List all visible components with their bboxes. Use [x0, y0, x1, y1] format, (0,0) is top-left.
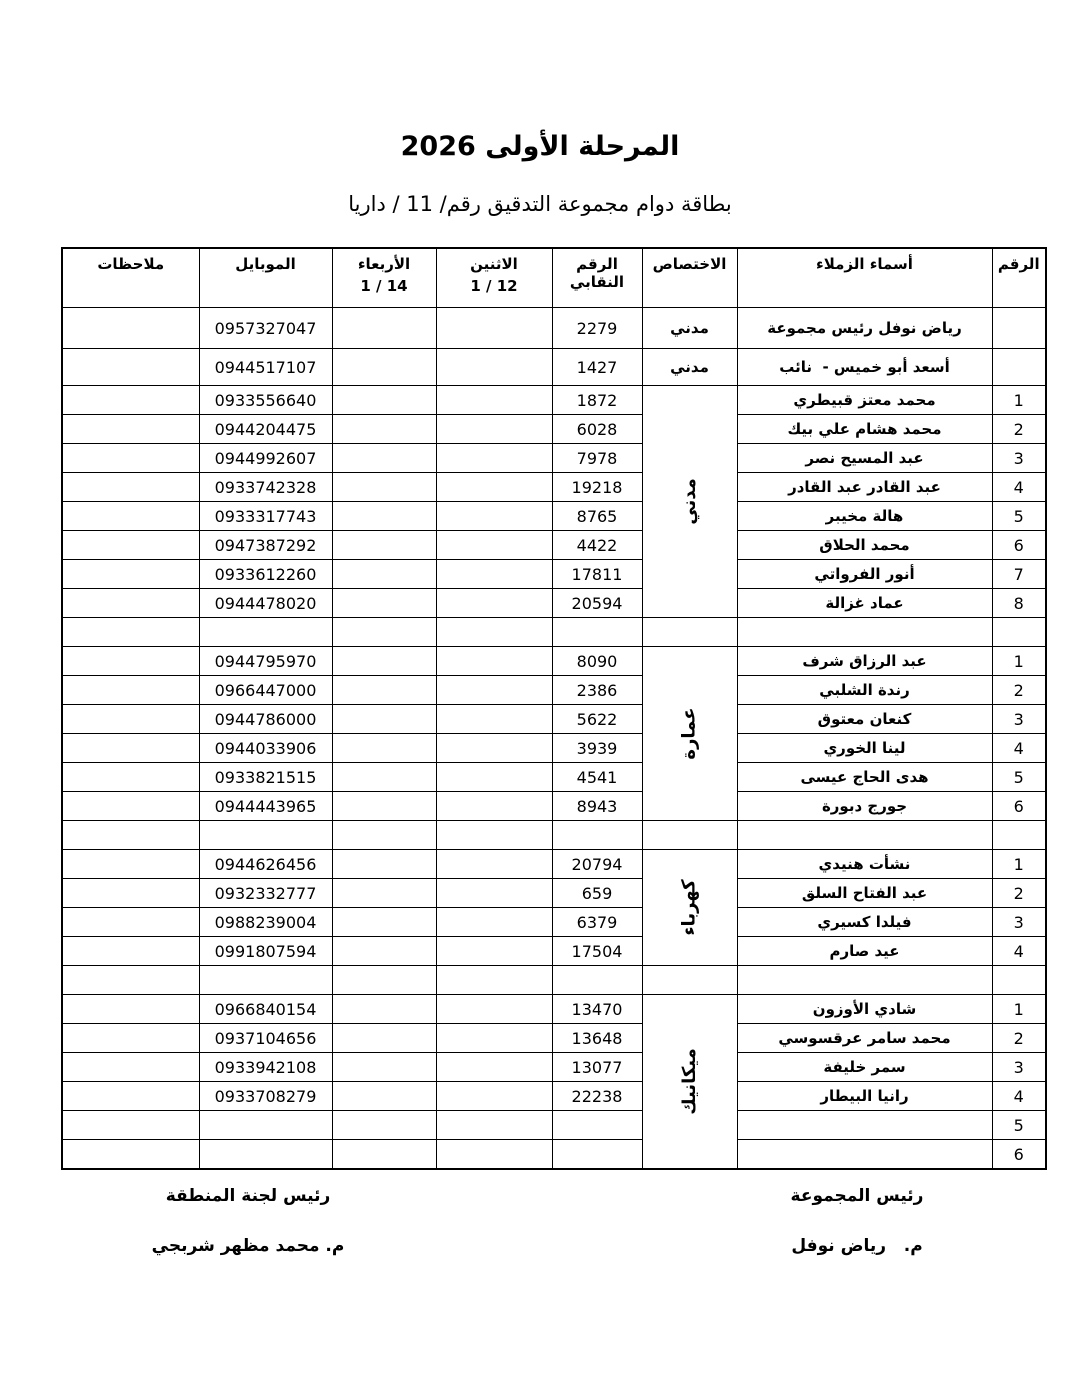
cell-union-no: 13077: [552, 1053, 642, 1082]
cell-union-no: 19218: [552, 473, 642, 502]
cell-num: 4: [992, 937, 1046, 966]
specialty-vertical-label: مدني: [679, 478, 700, 525]
cell-empty: [332, 821, 436, 850]
cell-empty: [199, 618, 332, 647]
cell-wednesday-attendance: [332, 676, 436, 705]
cell-wednesday-attendance: [332, 1082, 436, 1111]
cell-num: 2: [992, 676, 1046, 705]
cell-monday-attendance: [436, 734, 552, 763]
document-page: { "page": { "title": "المرحلة الأولى 202…: [0, 0, 1080, 1392]
table-row: 6 جورج دبورة 8943 0944443965: [62, 792, 1046, 821]
cell-num: 3: [992, 1053, 1046, 1082]
cell-empty: [436, 618, 552, 647]
table-separator-row: [62, 966, 1046, 995]
cell-specialty-civil: مدني: [642, 386, 737, 618]
cell-num: 4: [992, 473, 1046, 502]
cell-notes: [62, 734, 199, 763]
header-monday: الاثنين1 / 12: [436, 248, 552, 308]
cell-mobile: 0944795970: [199, 647, 332, 676]
cell-specialty-mechanics: ميكانيك: [642, 995, 737, 1170]
table-row: 7 أنور الفرواتي 17811 0933612260: [62, 560, 1046, 589]
cell-name: لينا الخوري: [737, 734, 992, 763]
cell-empty: [62, 821, 199, 850]
cell-notes: [62, 531, 199, 560]
cell-num: 6: [992, 531, 1046, 560]
cell-notes: [62, 415, 199, 444]
cell-wednesday-attendance: [332, 879, 436, 908]
cell-monday-attendance: [436, 647, 552, 676]
cell-union-no: 2279: [552, 308, 642, 349]
cell-monday-attendance: [436, 995, 552, 1024]
cell-monday-attendance: [436, 1111, 552, 1140]
cell-mobile: 0933742328: [199, 473, 332, 502]
cell-empty: [552, 821, 642, 850]
cell-monday-attendance: [436, 937, 552, 966]
cell-name: محمد سامر عرقسوسي: [737, 1024, 992, 1053]
table-row: 5 هدى الحاج عيسى 4541 0933821515: [62, 763, 1046, 792]
cell-empty: [552, 966, 642, 995]
cell-union-no: 13648: [552, 1024, 642, 1053]
header-notes: ملاحظات: [62, 248, 199, 308]
cell-union-no: 5622: [552, 705, 642, 734]
table-row: 4 عبد القادر عبد القادر 19218 0933742328: [62, 473, 1046, 502]
header-names: أسماء الزملاء: [737, 248, 992, 308]
cell-name: عبد المسيح نصر: [737, 444, 992, 473]
cell-empty: [737, 618, 992, 647]
cell-mobile: 0966447000: [199, 676, 332, 705]
table-row: 2 رندة الشلبي 2386 0966447000: [62, 676, 1046, 705]
cell-union-no: 8765: [552, 502, 642, 531]
header-wednesday-label: الأربعاء: [358, 255, 410, 273]
cell-wednesday-attendance: [332, 560, 436, 589]
cell-monday-attendance: [436, 1082, 552, 1111]
cell-empty: [552, 618, 642, 647]
cell-wednesday-attendance: [332, 386, 436, 415]
header-monday-label: الاثنين: [470, 255, 518, 273]
cell-notes: [62, 1053, 199, 1082]
cell-mobile: 0933942108: [199, 1053, 332, 1082]
table-row: 1 شادي الأوزون ميكانيك 13470 0966840154: [62, 995, 1046, 1024]
cell-num: 5: [992, 502, 1046, 531]
cell-notes: [62, 473, 199, 502]
cell-mobile: 0937104656: [199, 1024, 332, 1053]
cell-name: جورج دبورة: [737, 792, 992, 821]
cell-name: كنعان معتوق: [737, 705, 992, 734]
table-row: 4 لينا الخوري 3939 0944033906: [62, 734, 1046, 763]
cell-name: رانيا البيطار: [737, 1082, 992, 1111]
cell-union-no: 20794: [552, 850, 642, 879]
cell-name: أسعد أبو خميس - نائب: [737, 349, 992, 386]
cell-mobile: 0933317743: [199, 502, 332, 531]
cell-union-no: 17811: [552, 560, 642, 589]
cell-wednesday-attendance: [332, 1140, 436, 1170]
cell-wednesday-attendance: [332, 308, 436, 349]
cell-name: عيد صارم: [737, 937, 992, 966]
cell-mobile: 0933556640: [199, 386, 332, 415]
cell-notes: [62, 589, 199, 618]
signature-group-head-name: م. رياض نوفل: [757, 1236, 957, 1256]
table-row: 2 محمد سامر عرقسوسي 13648 0937104656: [62, 1024, 1046, 1053]
signature-group-head: رئيس المجموعة م. رياض نوفل: [757, 1186, 957, 1256]
cell-union-no: [552, 1111, 642, 1140]
header-wednesday: الأربعاء1 / 14: [332, 248, 436, 308]
cell-notes: [62, 386, 199, 415]
cell-wednesday-attendance: [332, 349, 436, 386]
cell-union-no: 22238: [552, 1082, 642, 1111]
table-row: 1 نشأت هنيدي كهرباء 20794 0944626456: [62, 850, 1046, 879]
cell-num: 8: [992, 589, 1046, 618]
cell-monday-attendance: [436, 792, 552, 821]
cell-union-no: 659: [552, 879, 642, 908]
cell-num: 2: [992, 879, 1046, 908]
cell-empty: [199, 966, 332, 995]
cell-empty: [62, 966, 199, 995]
cell-empty: [992, 821, 1046, 850]
cell-wednesday-attendance: [332, 792, 436, 821]
cell-notes: [62, 1024, 199, 1053]
cell-name: سمر خليفة: [737, 1053, 992, 1082]
cell-union-no: 7978: [552, 444, 642, 473]
cell-monday-attendance: [436, 473, 552, 502]
cell-notes: [62, 1082, 199, 1111]
cell-notes: [62, 676, 199, 705]
cell-empty: [332, 966, 436, 995]
cell-name: رندة الشلبي: [737, 676, 992, 705]
cell-num: 1: [992, 850, 1046, 879]
specialty-vertical-label: ميكانيك: [679, 1048, 700, 1115]
table-separator-row: [62, 618, 1046, 647]
cell-wednesday-attendance: [332, 1024, 436, 1053]
cell-monday-attendance: [436, 1140, 552, 1170]
cell-mobile: 0933708279: [199, 1082, 332, 1111]
table-row-leader: أسعد أبو خميس - نائب مدني 1427 094451710…: [62, 349, 1046, 386]
cell-union-no: 3939: [552, 734, 642, 763]
cell-wednesday-attendance: [332, 908, 436, 937]
cell-monday-attendance: [436, 531, 552, 560]
header-union-no: الرقم النقابي: [552, 248, 642, 308]
cell-mobile: 0944443965: [199, 792, 332, 821]
cell-specialty-electricity: كهرباء: [642, 850, 737, 966]
cell-monday-attendance: [436, 879, 552, 908]
cell-num: 2: [992, 1024, 1046, 1053]
table-row: 5 هالة مخيبر 8765 0933317743: [62, 502, 1046, 531]
cell-empty: [642, 618, 737, 647]
cell-name: [737, 1111, 992, 1140]
cell-wednesday-attendance: [332, 850, 436, 879]
cell-num: 1: [992, 647, 1046, 676]
cell-num: 7: [992, 560, 1046, 589]
cell-name: فيلدا كسيري: [737, 908, 992, 937]
cell-notes: [62, 850, 199, 879]
cell-specialty: مدني: [642, 308, 737, 349]
cell-wednesday-attendance: [332, 647, 436, 676]
cell-mobile: [199, 1140, 332, 1170]
cell-wednesday-attendance: [332, 705, 436, 734]
cell-name: نشأت هنيدي: [737, 850, 992, 879]
cell-mobile: 0947387292: [199, 531, 332, 560]
cell-num: 3: [992, 908, 1046, 937]
table-row: 1 محمد معتز قبيطري مدني 1872 0933556640: [62, 386, 1046, 415]
cell-monday-attendance: [436, 415, 552, 444]
table-row: 6 محمد الحلاق 4422 0947387292: [62, 531, 1046, 560]
cell-monday-attendance: [436, 705, 552, 734]
cell-name: رياض نوفل رئيس مجموعة: [737, 308, 992, 349]
table-row: 4 عيد صارم 17504 0991807594: [62, 937, 1046, 966]
cell-monday-attendance: [436, 502, 552, 531]
cell-empty: [199, 821, 332, 850]
cell-union-no: 8090: [552, 647, 642, 676]
cell-notes: [62, 792, 199, 821]
cell-empty: [436, 966, 552, 995]
cell-wednesday-attendance: [332, 502, 436, 531]
cell-union-no: 4541: [552, 763, 642, 792]
table-row: 3 كنعان معتوق 5622 0944786000: [62, 705, 1046, 734]
cell-num: 3: [992, 444, 1046, 473]
table-header-row: الرقم أسماء الزملاء الاختصاص الرقم النقا…: [62, 248, 1046, 308]
cell-name: [737, 1140, 992, 1170]
cell-empty: [62, 618, 199, 647]
cell-notes: [62, 879, 199, 908]
cell-name: أنور الفرواتي: [737, 560, 992, 589]
table-row: 3 فيلدا كسيري 6379 0988239004: [62, 908, 1046, 937]
cell-num: 5: [992, 1111, 1046, 1140]
cell-notes: [62, 444, 199, 473]
cell-num: 6: [992, 792, 1046, 821]
cell-num: 2: [992, 415, 1046, 444]
cell-union-no: 6028: [552, 415, 642, 444]
header-wednesday-date: 1 / 14: [336, 277, 433, 295]
cell-mobile: 0944786000: [199, 705, 332, 734]
cell-name: هدى الحاج عيسى: [737, 763, 992, 792]
cell-num: 4: [992, 734, 1046, 763]
signature-area-committee-head-title: رئيس لجنة المنطقة: [128, 1186, 368, 1206]
cell-specialty: مدني: [642, 349, 737, 386]
cell-union-no: 4422: [552, 531, 642, 560]
cell-wednesday-attendance: [332, 589, 436, 618]
cell-wednesday-attendance: [332, 1111, 436, 1140]
cell-wednesday-attendance: [332, 763, 436, 792]
cell-empty: [737, 966, 992, 995]
cell-mobile: 0933612260: [199, 560, 332, 589]
signature-area-committee-head: رئيس لجنة المنطقة م. محمد مظهر شربجي: [128, 1186, 368, 1256]
cell-name: شادي الأوزون: [737, 995, 992, 1024]
header-mobile: الموبايل: [199, 248, 332, 308]
cell-mobile: [199, 1111, 332, 1140]
cell-mobile: 0944204475: [199, 415, 332, 444]
table-row: 3 عبد المسيح نصر 7978 0944992607: [62, 444, 1046, 473]
cell-union-no: 8943: [552, 792, 642, 821]
cell-num: 5: [992, 763, 1046, 792]
cell-monday-attendance: [436, 850, 552, 879]
cell-name: محمد الحلاق: [737, 531, 992, 560]
table-row: 2 عبد الفتاح السلق 659 0932332777: [62, 879, 1046, 908]
cell-union-no: 6379: [552, 908, 642, 937]
cell-monday-attendance: [436, 560, 552, 589]
cell-num: 3: [992, 705, 1046, 734]
table-row: 6: [62, 1140, 1046, 1170]
cell-mobile: 0944517107: [199, 349, 332, 386]
cell-mobile: 0991807594: [199, 937, 332, 966]
cell-notes: [62, 647, 199, 676]
header-specialty: الاختصاص: [642, 248, 737, 308]
cell-monday-attendance: [436, 589, 552, 618]
cell-notes: [62, 763, 199, 792]
signature-group-head-title: رئيس المجموعة: [757, 1186, 957, 1206]
cell-union-no: 20594: [552, 589, 642, 618]
cell-notes: [62, 308, 199, 349]
cell-monday-attendance: [436, 1024, 552, 1053]
cell-name: محمد هشام علي بيك: [737, 415, 992, 444]
page-title: المرحلة الأولى 2026: [0, 131, 1080, 162]
cell-union-no: [552, 1140, 642, 1170]
header-num: الرقم: [992, 248, 1046, 308]
cell-wednesday-attendance: [332, 473, 436, 502]
cell-wednesday-attendance: [332, 995, 436, 1024]
table-row-leader: رياض نوفل رئيس مجموعة مدني 2279 09573270…: [62, 308, 1046, 349]
cell-specialty-architecture: عمارة: [642, 647, 737, 821]
cell-name: هالة مخيبر: [737, 502, 992, 531]
cell-wednesday-attendance: [332, 415, 436, 444]
cell-mobile: 0933821515: [199, 763, 332, 792]
cell-notes: [62, 349, 199, 386]
cell-notes: [62, 1140, 199, 1170]
cell-empty: [332, 618, 436, 647]
cell-num: 1: [992, 386, 1046, 415]
cell-mobile: 0944626456: [199, 850, 332, 879]
cell-mobile: 0988239004: [199, 908, 332, 937]
cell-notes: [62, 908, 199, 937]
cell-notes: [62, 1111, 199, 1140]
cell-name: محمد معتز قبيطري: [737, 386, 992, 415]
cell-wednesday-attendance: [332, 1053, 436, 1082]
table-row: 5: [62, 1111, 1046, 1140]
attendance-table: الرقم أسماء الزملاء الاختصاص الرقم النقا…: [61, 247, 1047, 1170]
cell-union-no: 2386: [552, 676, 642, 705]
cell-name: عماد غزالة: [737, 589, 992, 618]
cell-mobile: 0957327047: [199, 308, 332, 349]
cell-monday-attendance: [436, 908, 552, 937]
cell-empty: [737, 821, 992, 850]
cell-monday-attendance: [436, 386, 552, 415]
cell-wednesday-attendance: [332, 734, 436, 763]
cell-name: عبد الرزاق شرف: [737, 647, 992, 676]
header-monday-date: 1 / 12: [440, 277, 549, 295]
page-subtitle: بطاقة دوام مجموعة التدقيق رقم/ 11 / داري…: [0, 192, 1080, 216]
table-row: 4 رانيا البيطار 22238 0933708279: [62, 1082, 1046, 1111]
specialty-vertical-label: عمارة: [679, 707, 700, 759]
cell-name: عبد الفتاح السلق: [737, 879, 992, 908]
cell-monday-attendance: [436, 1053, 552, 1082]
cell-union-no: 1872: [552, 386, 642, 415]
table-row: 8 عماد غزالة 20594 0944478020: [62, 589, 1046, 618]
table-row: 2 محمد هشام علي بيك 6028 0944204475: [62, 415, 1046, 444]
cell-mobile: 0944992607: [199, 444, 332, 473]
cell-monday-attendance: [436, 763, 552, 792]
cell-monday-attendance: [436, 308, 552, 349]
cell-empty: [642, 821, 737, 850]
signature-area-committee-head-name: م. محمد مظهر شربجي: [128, 1236, 368, 1256]
cell-mobile: 0932332777: [199, 879, 332, 908]
cell-mobile: 0944033906: [199, 734, 332, 763]
cell-union-no: 17504: [552, 937, 642, 966]
table-row: 1 عبد الرزاق شرف عمارة 8090 0944795970: [62, 647, 1046, 676]
cell-notes: [62, 560, 199, 589]
cell-empty: [436, 821, 552, 850]
cell-union-no: 13470: [552, 995, 642, 1024]
cell-notes: [62, 502, 199, 531]
cell-mobile: 0966840154: [199, 995, 332, 1024]
cell-monday-attendance: [436, 444, 552, 473]
cell-num: 1: [992, 995, 1046, 1024]
cell-empty: [992, 966, 1046, 995]
table-separator-row: [62, 821, 1046, 850]
cell-monday-attendance: [436, 349, 552, 386]
cell-num: 4: [992, 1082, 1046, 1111]
cell-wednesday-attendance: [332, 937, 436, 966]
cell-notes: [62, 995, 199, 1024]
cell-wednesday-attendance: [332, 444, 436, 473]
cell-notes: [62, 937, 199, 966]
cell-empty: [642, 966, 737, 995]
specialty-vertical-label: كهرباء: [679, 879, 700, 935]
table-row: 3 سمر خليفة 13077 0933942108: [62, 1053, 1046, 1082]
cell-monday-attendance: [436, 676, 552, 705]
cell-num: 6: [992, 1140, 1046, 1170]
cell-notes: [62, 705, 199, 734]
cell-empty: [992, 618, 1046, 647]
cell-num: [992, 349, 1046, 386]
cell-name: عبد القادر عبد القادر: [737, 473, 992, 502]
cell-mobile: 0944478020: [199, 589, 332, 618]
cell-union-no: 1427: [552, 349, 642, 386]
cell-wednesday-attendance: [332, 531, 436, 560]
cell-num: [992, 308, 1046, 349]
